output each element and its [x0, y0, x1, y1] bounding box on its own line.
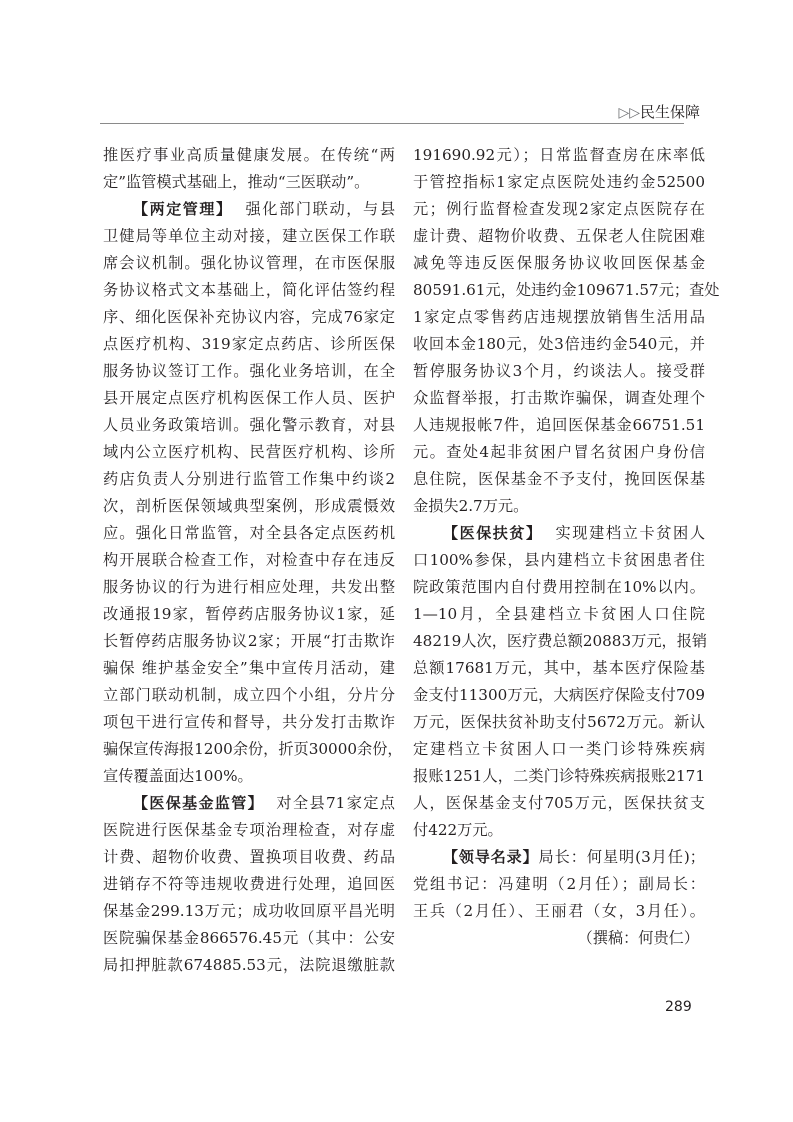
- text-line: 口100%参保，县内建档立卡贫困患者住: [413, 547, 705, 574]
- text-line: 暂停服务协议3个月，约谈法人。接受群: [413, 358, 705, 385]
- text-line: 局扣押脏款674885.53元，法院退缴脏款: [103, 952, 395, 979]
- text-line: 次，剖析医保领域典型案例，形成震慑效: [103, 493, 395, 520]
- text-line: 县开展定点医疗机构医保工作人员、医护: [103, 385, 395, 412]
- text-line: 元；例行监督检查发现2家定点医院存在: [413, 196, 705, 223]
- section-title: 民生保障: [640, 103, 700, 121]
- text-line: 改通报19家，暂停药店服务协议1家，延: [103, 601, 395, 628]
- text-span: 局长：何星明(3月任)；: [539, 848, 705, 866]
- page-number: 289: [665, 999, 692, 1015]
- text-line: 人，医保基金支付705万元，医保扶贫支: [413, 790, 705, 817]
- text-line: 宣传覆盖面达100%。: [103, 763, 395, 790]
- text-line: 构开展联合检查工作，对检查中存在违反: [103, 547, 395, 574]
- text-line: 1—10月，全县建档立卡贫困人口住院: [413, 601, 705, 628]
- text-span: 对全县71家定点: [276, 794, 395, 812]
- text-line: 人员业务政策培训。强化警示教育，对县: [103, 412, 395, 439]
- text-line: 骗保 维护基金安全”集中宣传月活动，建: [103, 655, 395, 682]
- text-line: 191690.92元）；日常监督查房在床率低: [413, 142, 705, 169]
- text-line: 序、细化医保补充协议内容，完成76家定: [103, 304, 395, 331]
- left-column: 推医疗事业高质量健康发展。在传统“两 定”监管模式基础上，推动“三医联动”。 【…: [103, 142, 395, 979]
- text-line: 骗保宣传海报1200余份，折页30000余份，: [103, 736, 395, 763]
- text-line: 48219人次，医疗费总额20883万元，报销: [413, 628, 705, 655]
- text-line: 卫健局等单位主动对接，建立医保工作联: [103, 223, 395, 250]
- text-line: 服务协议签订工作。强化业务培训，在全: [103, 358, 395, 385]
- author-byline: （撰稿：何贵仁）: [413, 925, 705, 952]
- section-heading-fund-supervision: 【医保基金监管】: [133, 794, 264, 812]
- text-line: 80591.61元，处违约金109671.57元；查处: [413, 277, 705, 304]
- text-line: 金损失2.7万元。: [413, 493, 705, 520]
- double-triangle-icon: ▷▷: [618, 105, 640, 121]
- section-heading-leadership-roster: 【领导名录】: [443, 848, 539, 866]
- text-span: 强化部门联动，与县: [246, 200, 396, 218]
- text-line: 定建档立卡贫困人口一类门诊特殊疾病: [413, 736, 705, 763]
- text-line: 人违规报帐7件，追回医保基金66751.51: [413, 412, 705, 439]
- text-line: 点医疗机构、319家定点药店、诊所医保: [103, 331, 395, 358]
- text-line: 项包干进行宣传和督导，共分发打击欺诈: [103, 709, 395, 736]
- text-line: 域内公立医疗机构、民营医疗机构、诊所: [103, 439, 395, 466]
- text-line: 于管控指标1家定点医院处违约金52500: [413, 169, 705, 196]
- text-line: 收回本金180元，处3倍违约金540元，并: [413, 331, 705, 358]
- text-line: 长暂停药店服务协议2家；开展“打击欺诈: [103, 628, 395, 655]
- text-line: 总额17681万元，其中，基本医疗保险基: [413, 655, 705, 682]
- header-divider: [100, 123, 684, 124]
- text-line: 推医疗事业高质量健康发展。在传统“两: [103, 142, 395, 169]
- text-line: 金支付11300万元，大病医疗保险支付709: [413, 682, 705, 709]
- text-line: 服务协议的行为进行相应处理，共发出整: [103, 574, 395, 601]
- text-line: 应。强化日常监管，对全县各定点医药机: [103, 520, 395, 547]
- text-line: 医院骗保基金866576.45元（其中：公安: [103, 925, 395, 952]
- text-line: 付422万元。: [413, 817, 705, 844]
- text-line: 1家定点零售药店违规摆放销售生活用品: [413, 304, 705, 331]
- text-span: 实现建档立卡贫困人: [556, 524, 706, 542]
- section-heading-line: 【医保扶贫】 实现建档立卡贫困人: [413, 520, 705, 547]
- text-line: 元。查处4起非贫困户冒名贫困户身份信: [413, 439, 705, 466]
- text-line: 息住院，医保基金不予支付，挽回医保基: [413, 466, 705, 493]
- section-heading-poverty-alleviation: 【医保扶贫】: [443, 524, 543, 542]
- section-heading-line: 【两定管理】 强化部门联动，与县: [103, 196, 395, 223]
- section-heading-line: 【医保基金监管】 对全县71家定点: [103, 790, 395, 817]
- section-heading-two-fixed-management: 【两定管理】: [133, 200, 233, 218]
- text-line: 立部门联动机制，成立四个小组，分片分: [103, 682, 395, 709]
- text-line: 进销存不符等违规收费进行处理，追回医: [103, 871, 395, 898]
- text-line: 虚计费、超物价收费、五保老人住院困难: [413, 223, 705, 250]
- text-line: 务协议格式文本基础上，简化评估签约程: [103, 277, 395, 304]
- running-header: ▷▷民生保障: [600, 101, 700, 122]
- text-line: 万元，医保扶贫补助支付5672万元。新认: [413, 709, 705, 736]
- text-line: 药店负责人分别进行监管工作集中约谈2: [103, 466, 395, 493]
- text-line: 医院进行医保基金专项治理检查，对存虚: [103, 817, 395, 844]
- text-line: 减免等违反医保服务协议收回医保基金: [413, 250, 705, 277]
- text-line: 席会议机制。强化协议管理，在市医保服: [103, 250, 395, 277]
- section-heading-line: 【领导名录】局长：何星明(3月任)；: [413, 844, 705, 871]
- text-line: 众监督举报，打击欺诈骗保，调查处理个: [413, 385, 705, 412]
- text-line: 王兵（2月任）、王丽君（女，3月任）。: [413, 898, 705, 925]
- text-line: 院政策范围内自付费用控制在10%以内。: [413, 574, 705, 601]
- text-line: 党组书记：冯建明（2月任）；副局长：: [413, 871, 705, 898]
- text-line: 保基金299.13万元；成功收回原平昌光明: [103, 898, 395, 925]
- text-line: 计费、超物价收费、置换项目收费、药品: [103, 844, 395, 871]
- text-line: 定”监管模式基础上，推动“三医联动”。: [103, 169, 395, 196]
- right-column: 191690.92元）；日常监督查房在床率低 于管控指标1家定点医院处违约金52…: [413, 142, 705, 952]
- text-line: 报账1251人，二类门诊特殊疾病报账2171: [413, 763, 705, 790]
